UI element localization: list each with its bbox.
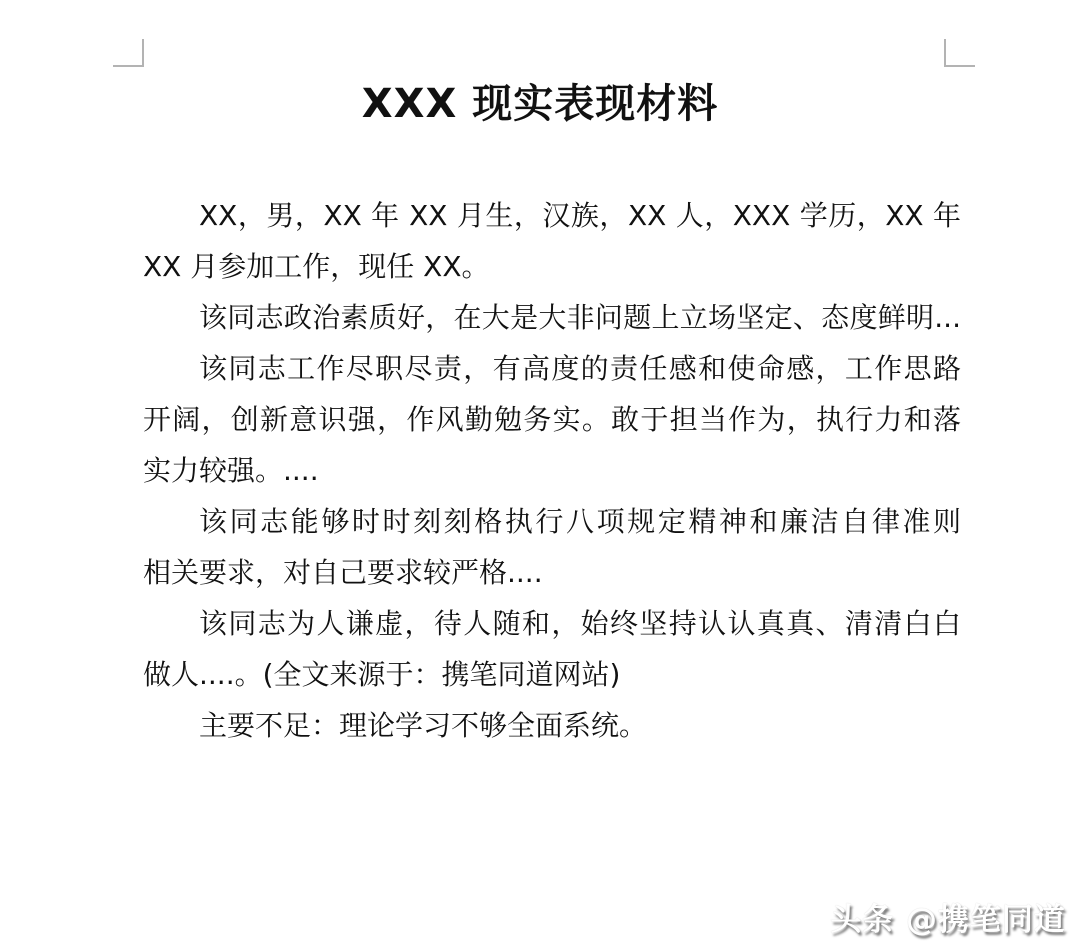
body-line: 做人....。(全文来源于：携笔同道网站): [143, 649, 961, 700]
paragraph-character: 该同志为人谦虚，待人随和，始终坚持认认真真、清清白白 做人....。(全文来源于…: [143, 598, 961, 700]
toutiao-watermark: 头条 @携笔同道: [830, 894, 1066, 939]
paragraph-shortcomings: 主要不足：理论学习不够全面系统。: [143, 700, 961, 751]
paragraph-discipline: 该同志能够时时刻刻格执行八项规定精神和廉洁自律准则 相关要求，对自己要求较严格.…: [143, 496, 961, 598]
body-line: XX，男，XX 年 XX 月生，汉族，XX 人，XXX 学历，XX 年: [143, 190, 961, 241]
body-line: XX 月参加工作，现任 XX。: [143, 241, 961, 292]
paragraph-work-performance: 该同志工作尽职尽责，有高度的责任感和使命感，工作思路 开阔，创新意识强，作风勤勉…: [143, 343, 961, 496]
paragraph-intro: XX，男，XX 年 XX 月生，汉族，XX 人，XXX 学历，XX 年 XX 月…: [143, 190, 961, 292]
body-line: 主要不足：理论学习不够全面系统。: [143, 700, 961, 751]
body-line: 该同志为人谦虚，待人随和，始终坚持认认真真、清清白白: [143, 598, 961, 649]
paragraph-political-quality: 该同志政治素质好，在大是大非问题上立场坚定、态度鲜明...: [143, 292, 961, 343]
body-line: 该同志政治素质好，在大是大非问题上立场坚定、态度鲜明...: [143, 292, 961, 343]
document-body: XX，男，XX 年 XX 月生，汉族，XX 人，XXX 学历，XX 年 XX 月…: [143, 190, 961, 751]
page-margin-mark-top-right: [944, 39, 975, 67]
body-line: 该同志能够时时刻刻格执行八项规定精神和廉洁自律准则: [143, 496, 961, 547]
body-line: 该同志工作尽职尽责，有高度的责任感和使命感，工作思路: [143, 343, 961, 394]
document-title: XXX 现实表现材料: [0, 72, 1080, 129]
body-line: 实力较强。....: [143, 445, 961, 496]
page-margin-mark-top-left: [113, 39, 144, 67]
body-line: 相关要求，对自己要求较严格....: [143, 547, 961, 598]
body-line: 开阔，创新意识强，作风勤勉务实。敢于担当作为，执行力和落: [143, 394, 961, 445]
document-page: XXX 现实表现材料 XX，男，XX 年 XX 月生，汉族，XX 人，XXX 学…: [0, 0, 1080, 951]
